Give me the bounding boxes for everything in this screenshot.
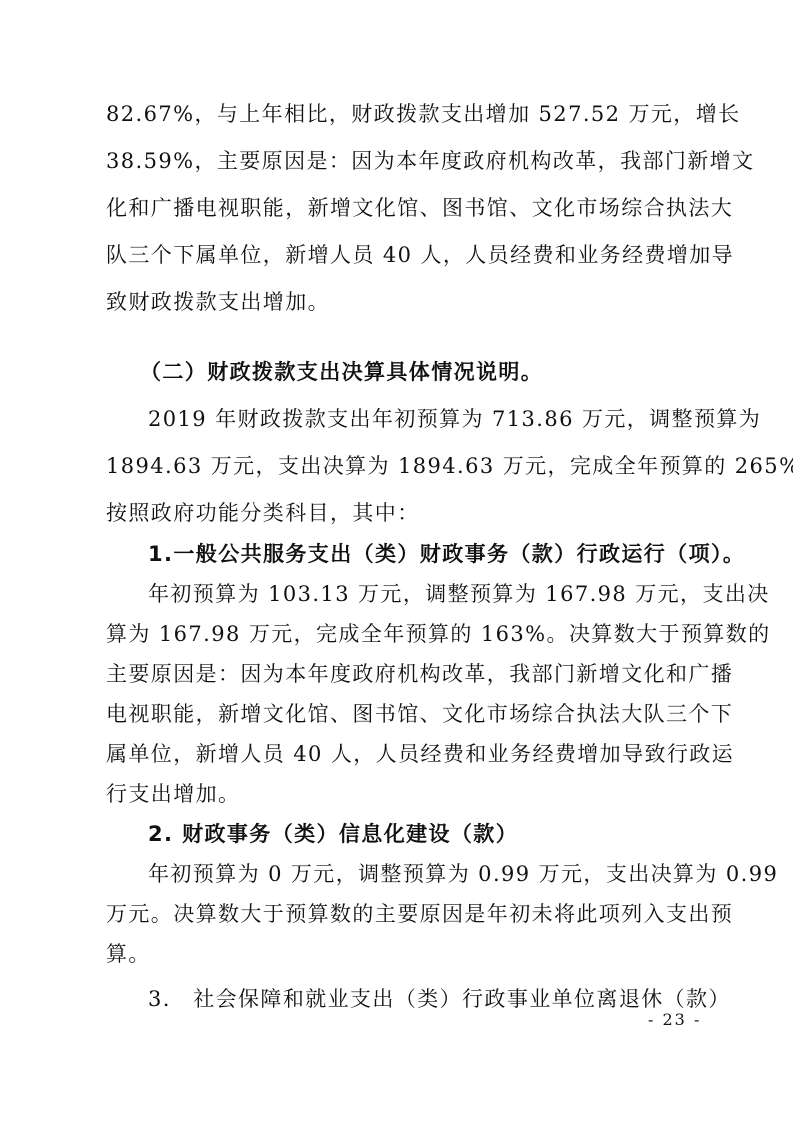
- paragraph-line: 致财政拨款支出增加。: [106, 288, 696, 316]
- paragraph-line: 属单位，新增人员 40 人，人员经费和业务经费增加导致行政运: [106, 740, 696, 768]
- paragraph-line: 电视职能，新增文化馆、图书馆、文化市场综合执法大队三个下: [106, 700, 696, 728]
- paragraph-line: 1894.63 万元，支出决算为 1894.63 万元，完成全年预算的 265%…: [106, 452, 696, 480]
- subsection-heading-1: 1.一般公共服务支出（类）财政事务（款）行政运行（项）。: [148, 540, 738, 568]
- paragraph-line: 算为 167.98 万元，完成全年预算的 163%。决算数大于预算数的: [106, 620, 696, 648]
- document-page: 82.67%，与上年相比，财政拨款支出增加 527.52 万元，增长 38.59…: [0, 0, 793, 1122]
- paragraph-line: 年初预算为 0 万元，调整预算为 0.99 万元，支出决算为 0.99: [148, 860, 738, 888]
- paragraph-line: 主要原因是：因为本年度政府机构改革，我部门新增文化和广播: [106, 660, 696, 688]
- paragraph-line: 万元。决算数大于预算数的主要原因是年初未将此项列入支出预: [106, 900, 696, 928]
- paragraph-line: 算。: [106, 940, 696, 968]
- paragraph-line: 38.59%，主要原因是：因为本年度政府机构改革，我部门新增文: [106, 147, 696, 175]
- paragraph-line: 化和广播电视职能，新增文化馆、图书馆、文化市场综合执法大: [106, 194, 696, 222]
- paragraph-line: 年初预算为 103.13 万元，调整预算为 167.98 万元，支出决: [148, 580, 738, 608]
- page-number: - 23 -: [648, 1010, 701, 1029]
- section-heading: （二）财政拨款支出决算具体情况说明。: [140, 358, 730, 386]
- paragraph-line: 行支出增加。: [106, 780, 696, 808]
- subsection-heading-2: 2. 财政事务（类）信息化建设（款）: [148, 820, 738, 848]
- paragraph-line: 按照政府功能分类科目，其中：: [106, 499, 696, 527]
- subsection-heading-3: 3. 社会保障和就业支出（类）行政事业单位离退休（款）: [148, 985, 738, 1013]
- paragraph-line: 2019 年财政拨款支出年初预算为 713.86 万元，调整预算为: [148, 405, 738, 433]
- paragraph-line: 队三个下属单位，新增人员 40 人，人员经费和业务经费增加导: [106, 241, 696, 269]
- paragraph-line: 82.67%，与上年相比，财政拨款支出增加 527.52 万元，增长: [106, 100, 696, 128]
